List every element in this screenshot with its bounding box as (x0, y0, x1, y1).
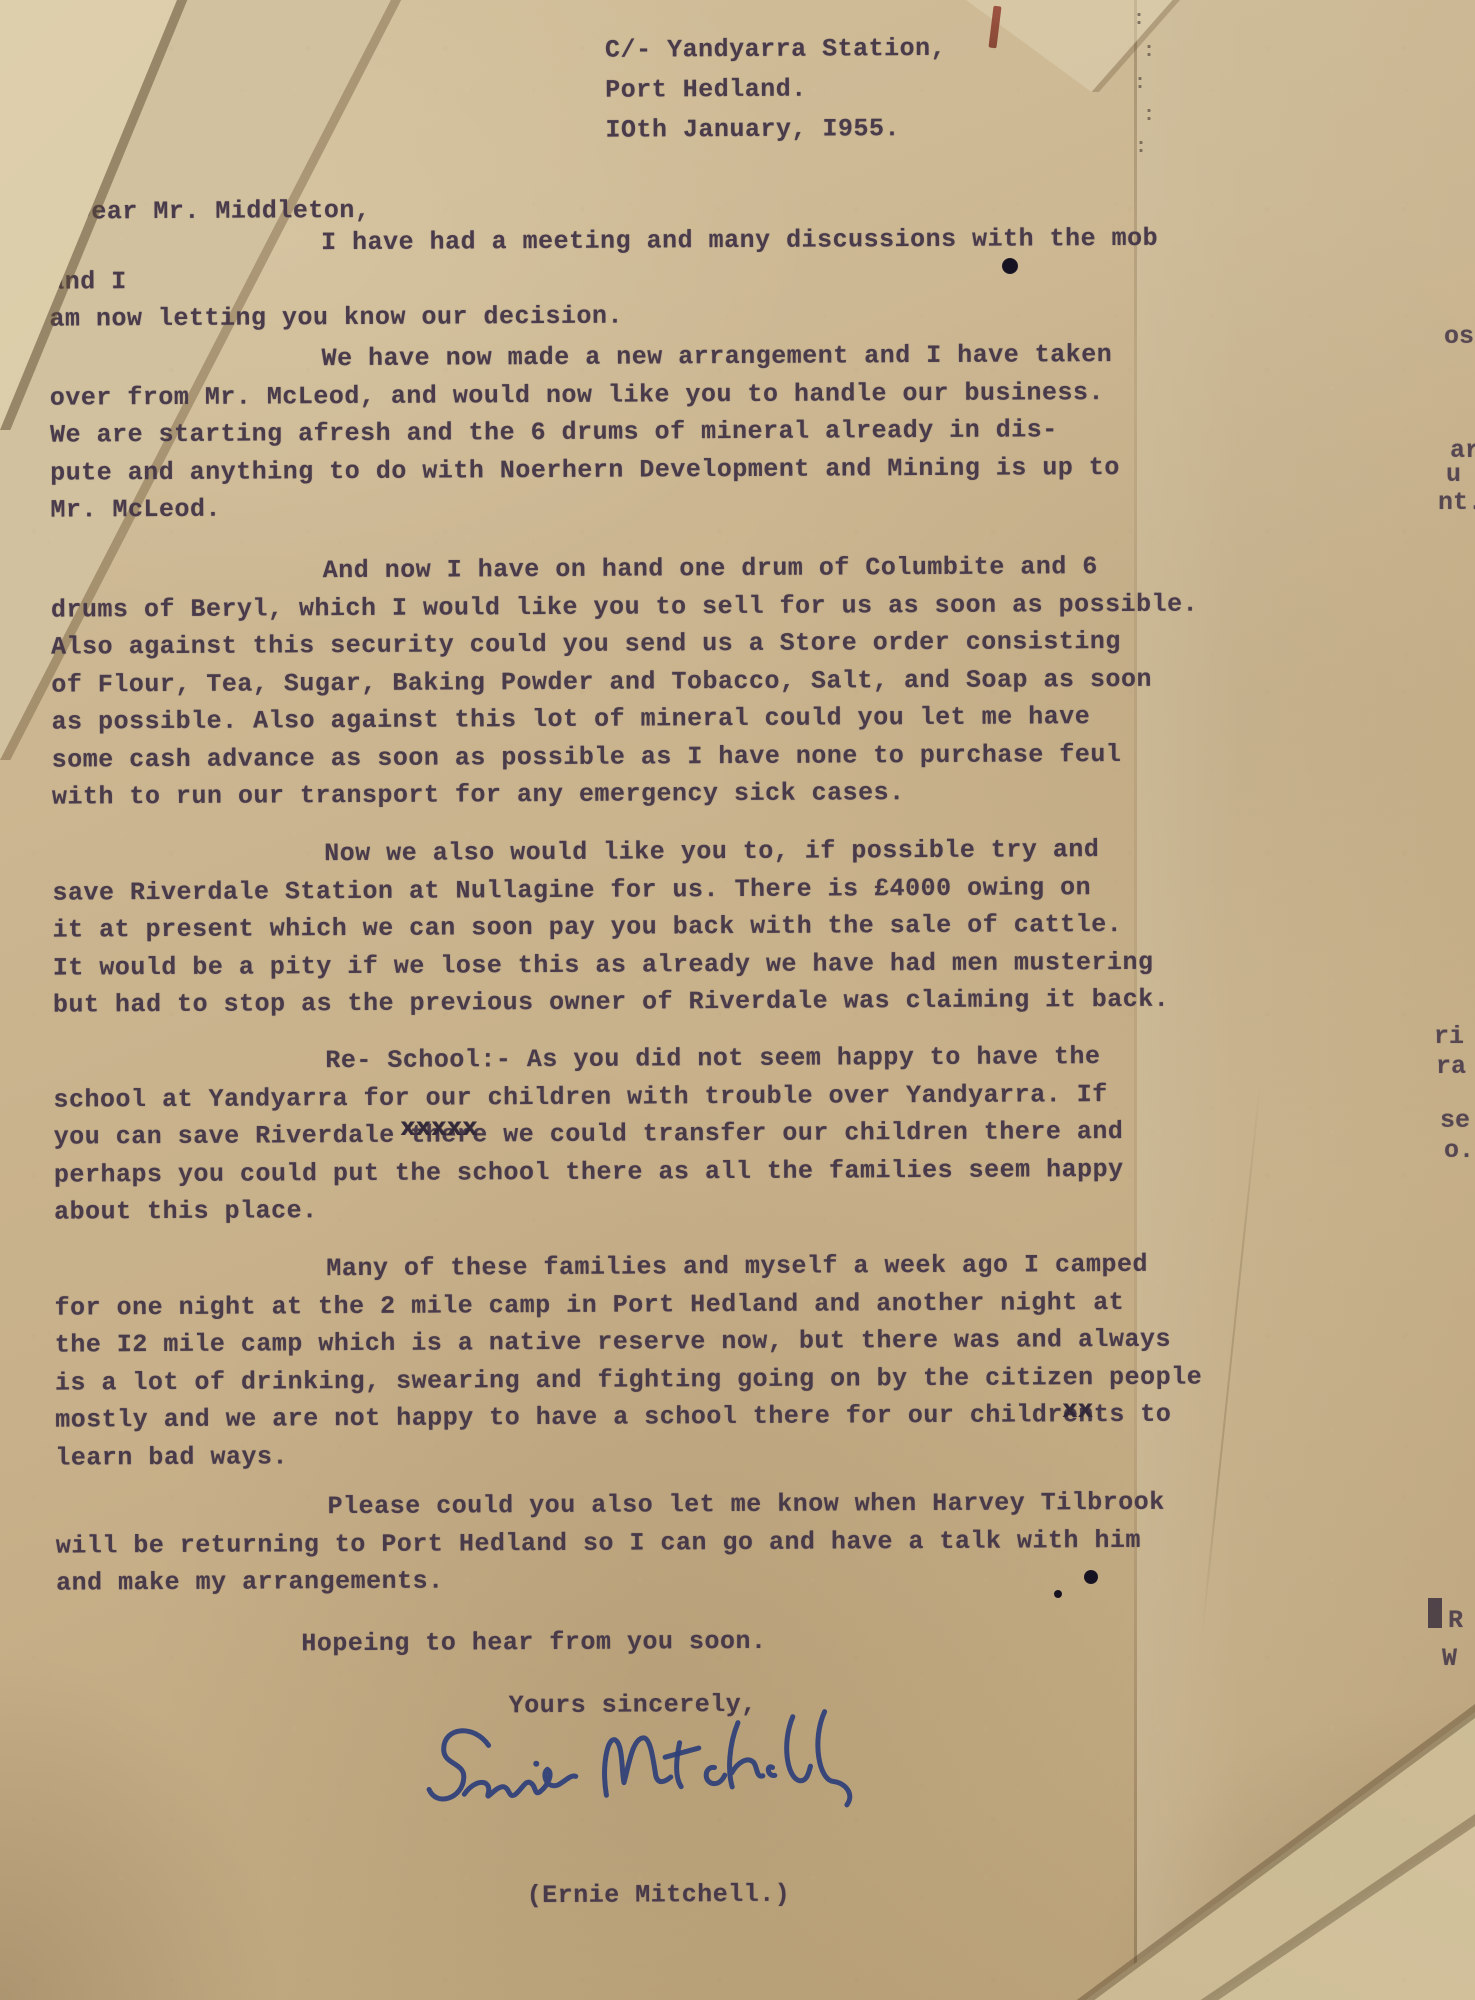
artifact-dots: : (1143, 104, 1157, 127)
artifact-strike: xx (1062, 1396, 1093, 1425)
paragraph-6: Many of these families and myself a week… (54, 1246, 1215, 1477)
typed-signature-name: (Ernie Mitchell.) (527, 1876, 791, 1915)
handwritten-signature (415, 1690, 871, 1876)
artifact-darkbox (1428, 1598, 1442, 1628)
paragraph-4: Now we also would like you to, if possib… (52, 831, 1213, 1025)
artifact-blot (1084, 1570, 1098, 1584)
artifact-blot (1054, 1590, 1062, 1598)
artifact-fragment: u (1446, 460, 1461, 489)
artifact-blot (1002, 258, 1018, 274)
artifact-fragment: W (1442, 1644, 1457, 1673)
artifact-fragment: ri (1434, 1022, 1464, 1051)
paragraph-3: And now I have on hand one drum of Colum… (51, 548, 1212, 817)
artifact-fragment: ra (1436, 1052, 1466, 1081)
artifact-strike: xxxxx (400, 1114, 478, 1143)
paragraph-5: Re- School:- As you did not seem happy t… (53, 1038, 1214, 1232)
artifact-fragment: se (1440, 1106, 1470, 1135)
sender-address: C/- Yandyarra Station, Port Hedland. IOt… (605, 29, 947, 151)
artifact-dots: : (1135, 136, 1149, 159)
artifact-dots: : (1133, 8, 1147, 31)
artifact-fragment: os (1444, 322, 1474, 351)
scanned-letter-page: C/- Yandyarra Station, Port Hedland. IOt… (0, 0, 1475, 2000)
closing-line: Hopeing to hear from you soon. (301, 1623, 766, 1663)
artifact-dots: : (1143, 40, 1157, 63)
paragraph-2: We have now made a new arrangement and I… (50, 336, 1211, 530)
artifact-dots: : (1134, 72, 1148, 95)
artifact-fragment: R (1448, 1606, 1463, 1635)
artifact-fragment: o. (1444, 1136, 1474, 1165)
paragraph-7: Please could you also let me know when H… (56, 1484, 1217, 1603)
artifact-fragment: nt. (1438, 488, 1475, 517)
paragraph-1: I have had a meeting and many discussion… (49, 220, 1210, 339)
